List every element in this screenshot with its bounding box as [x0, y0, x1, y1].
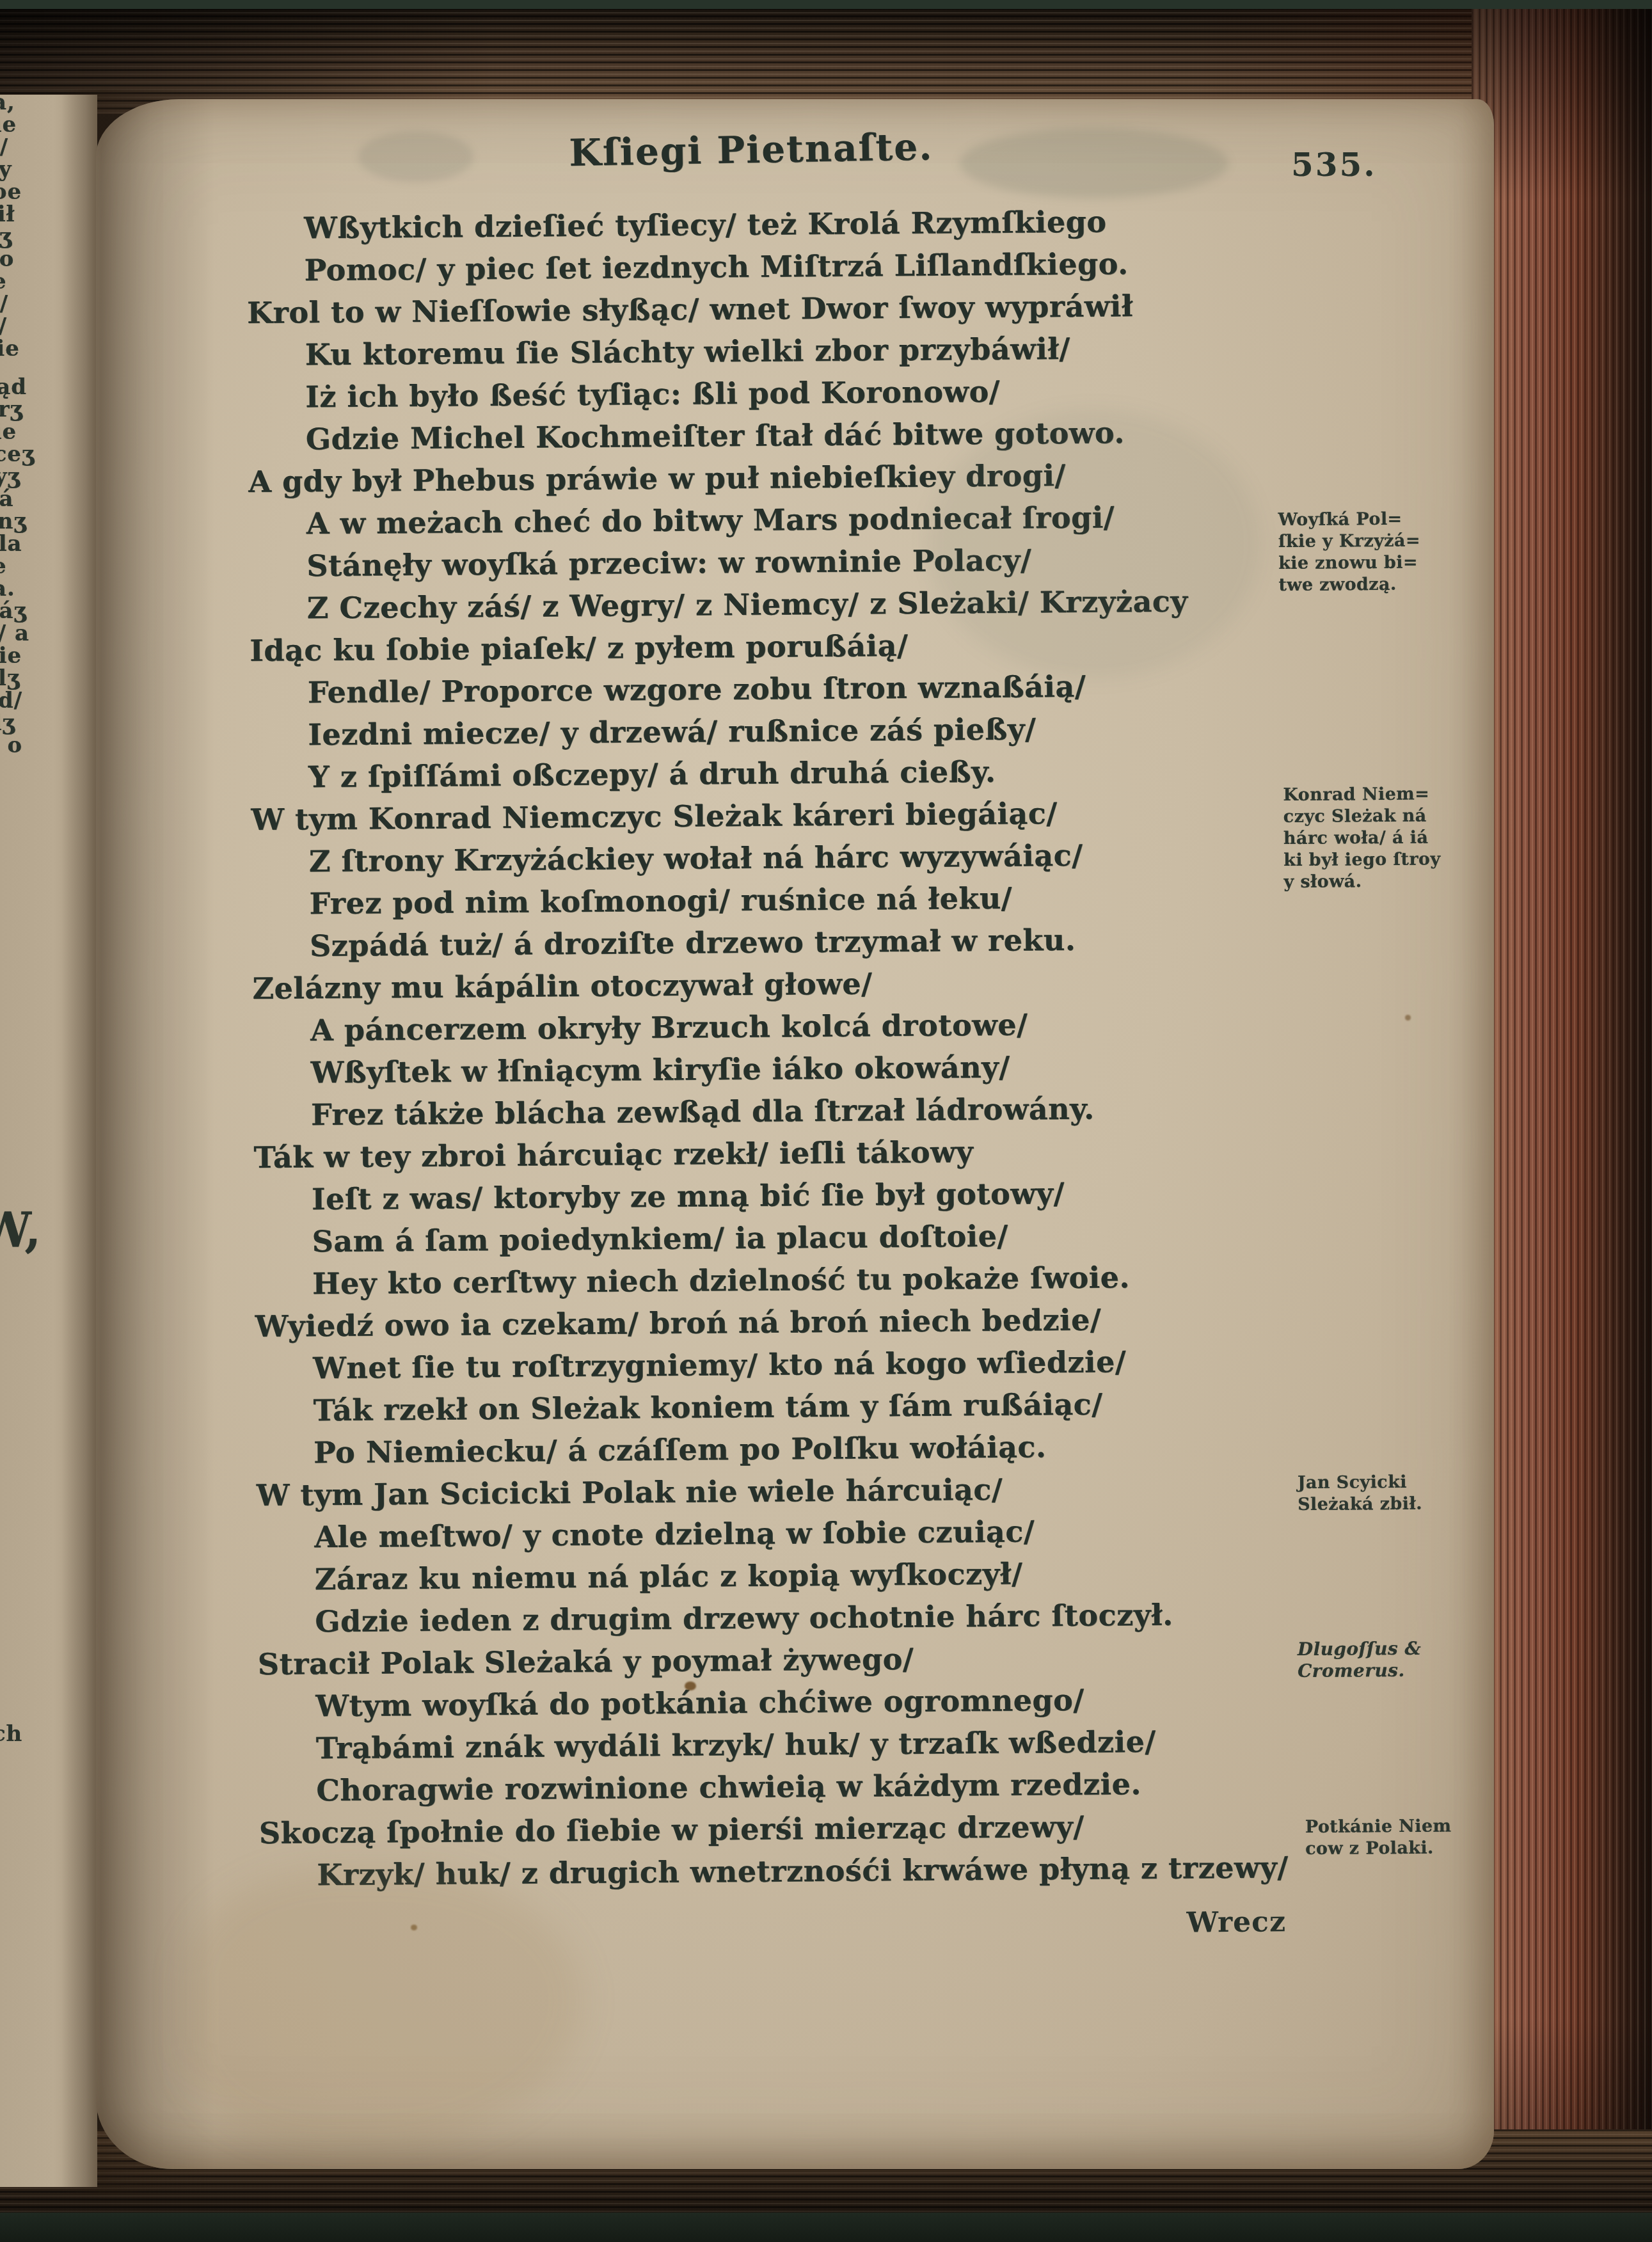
margin-note-line: Konrad Niem=: [1283, 783, 1481, 806]
margin-note: Woyſká Pol=ſkie y Krzyżá=kie znowu bi=tw…: [1278, 508, 1477, 596]
cropped-text-fragment: ſlʒ: [0, 710, 37, 736]
margin-note: Konrad Niem=czyc Sleżak náhárc woła/ á i…: [1283, 783, 1482, 893]
margin-note-line: Sleżaká zbił.: [1298, 1493, 1496, 1516]
cropped-text-fragment: alʒ: [0, 665, 37, 691]
cropped-text-fragment: ioe: [0, 179, 37, 205]
cropped-text-fragment: do: [0, 246, 37, 272]
cropped-text-fragment: o/: [0, 314, 37, 339]
cropped-text-fragment: ſceʒ: [0, 441, 37, 467]
cropped-text-fragment: e/ a: [0, 621, 37, 646]
cropped-text-fragment: ie: [0, 269, 37, 294]
cropped-text-fragment: ie: [0, 553, 37, 579]
cropped-text-fragment: la.: [0, 576, 37, 601]
cropped-text-fragment: W,: [0, 1203, 32, 1258]
cropped-text-fragment: cnʒ: [0, 509, 37, 534]
cropped-text-fragment: zie: [0, 336, 37, 362]
running-title: Kſiegi Pietnaſte.: [569, 123, 1017, 175]
cropped-text-fragment: b o: [0, 733, 37, 758]
cropped-text-fragment: n/: [0, 291, 37, 317]
margin-note-line: twe zwodzą.: [1278, 573, 1477, 596]
book-cover-top: [0, 0, 1652, 9]
margin-note-line: kie znowu bi=: [1278, 552, 1477, 575]
book-cover-bottom: [0, 2213, 1652, 2242]
cropped-text-fragment: tyʒ: [0, 464, 37, 489]
cropped-text-fragment: ich: [0, 1721, 37, 1747]
page: Kſiegi Pietnaſte. 535. Wßytkich dzieſieć…: [96, 99, 1494, 2169]
margin-note-line: czyc Sleżak ná: [1283, 805, 1482, 828]
book-scan: ia,ſien/oyioeciłdʒdoien/o/zieʒąderʒſieſc…: [0, 0, 1652, 2242]
cropped-text-fragment: dʒ: [0, 224, 37, 250]
cropped-text-fragment: n/: [0, 134, 37, 160]
cropped-text-fragment: ia,: [0, 90, 37, 115]
cropped-text-fragment: ʒąd: [0, 374, 37, 400]
margin-note-line: ki był iego ſtroy: [1283, 848, 1482, 871]
book-pages-right-edge: [1472, 0, 1652, 2242]
margin-note-line: ſkie y Krzyżá=: [1278, 530, 1477, 553]
cropped-text-fragment: oy: [0, 157, 37, 182]
margin-note: Potkánie Niemcow z Polaki.: [1305, 1815, 1504, 1860]
margin-note-line: Jan Scyicki: [1298, 1471, 1496, 1494]
cropped-text-fragment: ſie: [0, 112, 37, 138]
margin-note: Dlugoſſus &Cromerus.: [1298, 1637, 1496, 1682]
margin-note-line: Cromerus.: [1298, 1659, 1496, 1682]
margin-note-line: Woyſká Pol=: [1278, 508, 1477, 531]
catchword: Wrecz: [1056, 1905, 1287, 1941]
margin-note-line: cow z Polaki.: [1305, 1837, 1504, 1860]
cropped-text-fragment: erʒ: [0, 397, 37, 422]
cropped-text-fragment: ſie: [0, 419, 37, 445]
margin-note-line: y słowá.: [1283, 870, 1482, 893]
cropped-text-fragment: ká: [0, 486, 37, 512]
body-text: Wßytkich dzieſieć tyſiecy/ też Krolá Rzy…: [246, 202, 1386, 1900]
cropped-text-fragment: ola: [0, 531, 37, 557]
cropped-text-fragment: ąd/: [0, 688, 37, 713]
cropped-text-fragment: cił: [0, 202, 37, 227]
margin-note-line: Dlugoſſus &: [1298, 1637, 1496, 1660]
book-pages-top-edge: [0, 0, 1652, 114]
page-number: 535.: [1291, 146, 1377, 184]
margin-note-line: Potkánie Niem: [1305, 1815, 1504, 1838]
cropped-text-fragment: káʒ: [0, 598, 37, 624]
margin-note-line: hárc woła/ á iá: [1283, 827, 1482, 850]
verse-line: Krzyk/ huk/ z drugich wnetrznośći krwáwe…: [259, 1849, 1385, 1900]
cropped-text-fragment: oie: [0, 643, 37, 669]
margin-note: Jan ScyickiSleżaká zbił.: [1298, 1471, 1496, 1516]
